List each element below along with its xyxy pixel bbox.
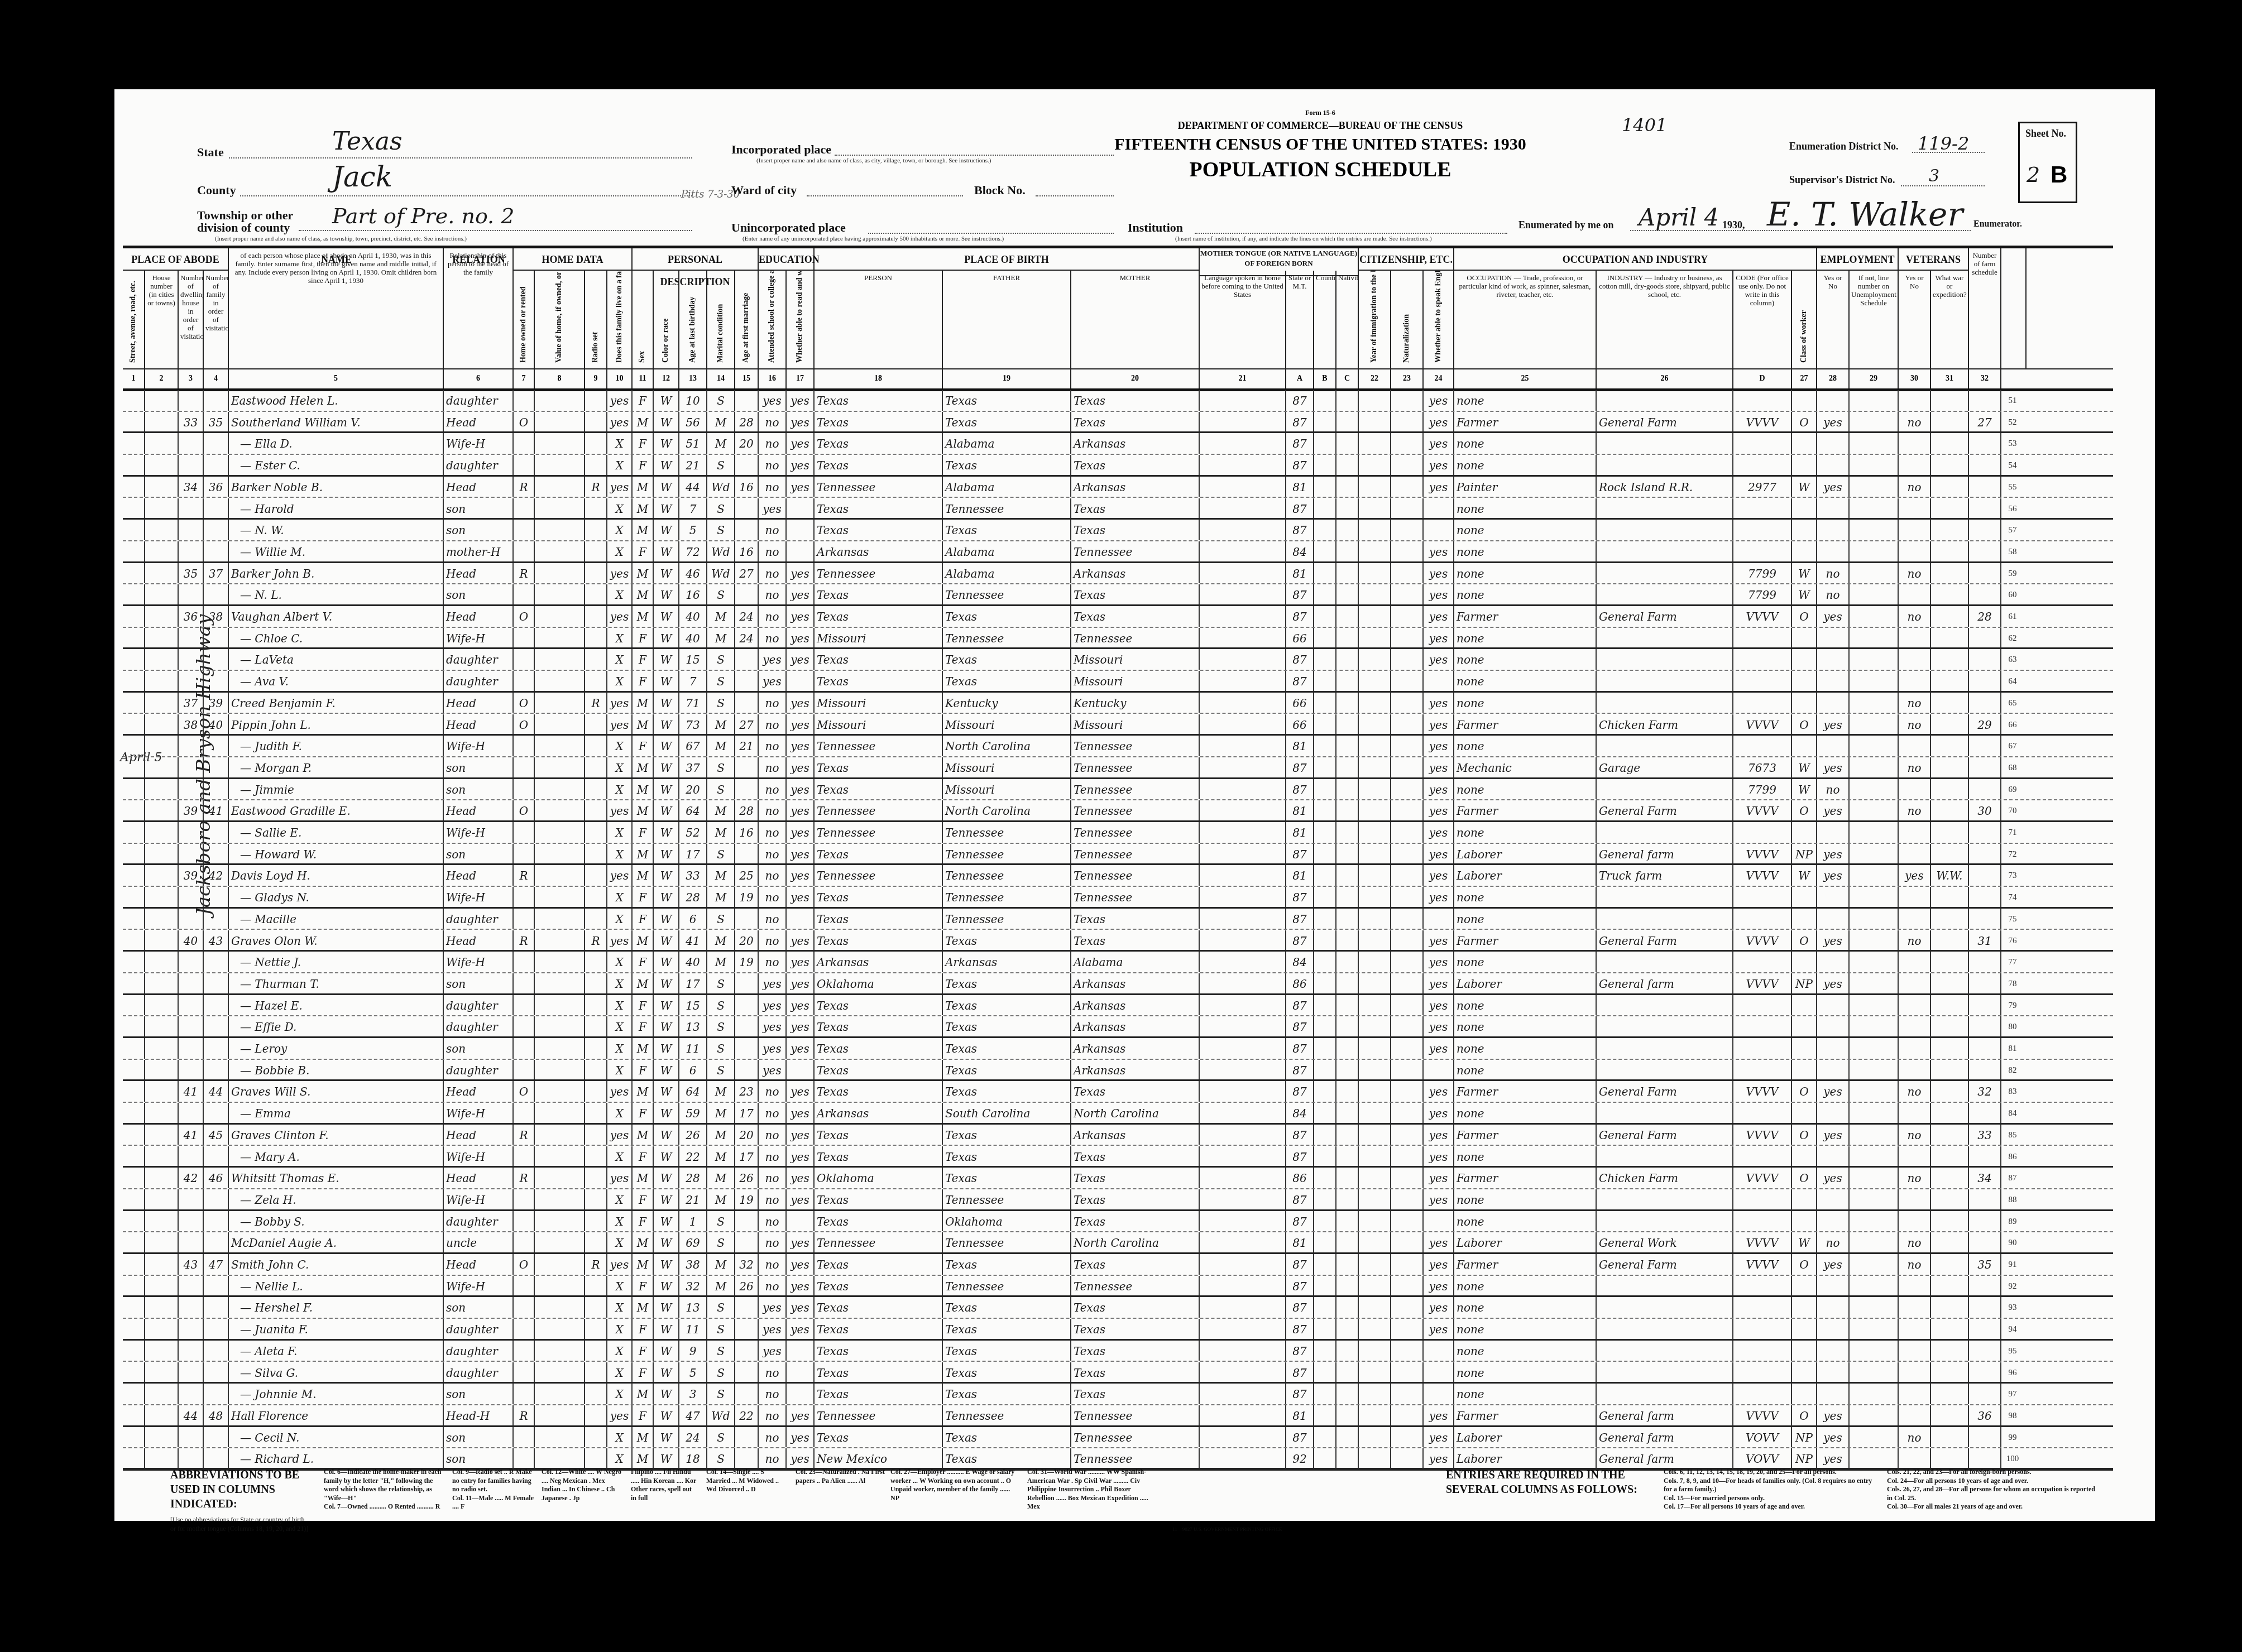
- cell-farm: X: [607, 757, 633, 777]
- cell-empty: [1200, 1125, 1286, 1145]
- cell-age: 6: [679, 1060, 707, 1080]
- cell-empty: [1200, 995, 1286, 1016]
- cell-empty: [1850, 1384, 1899, 1404]
- cell-code-d: [1733, 1146, 1792, 1166]
- cell-empty: [1314, 1405, 1336, 1425]
- cell-dwelling: 41: [179, 1125, 204, 1145]
- cell-birth-father: North Carolina: [943, 800, 1071, 820]
- cell-family: 45: [204, 1125, 229, 1145]
- cell-farm-sched: 28: [1969, 606, 2001, 627]
- cell-radio: [585, 952, 607, 972]
- enumerated-date: April 4: [1639, 204, 1719, 231]
- column-number: 6: [444, 369, 514, 388]
- cell-school: no: [759, 865, 787, 886]
- cell-empty: [1391, 800, 1424, 820]
- cell-dwelling: [179, 1016, 204, 1036]
- census-title: FIFTEENTH CENSUS OF THE UNITED STATES: 1…: [1041, 135, 1599, 154]
- cell-school: yes: [759, 1297, 787, 1318]
- cell-tenure: [514, 1038, 535, 1059]
- cell-empty: [123, 865, 145, 886]
- cell-school: no: [759, 822, 787, 843]
- cell-farm-sched: [1969, 757, 2001, 777]
- cell-empty: [123, 736, 145, 756]
- cell-age-marr: [735, 1427, 759, 1448]
- cell-empty: [1359, 1448, 1391, 1468]
- cell-dwelling: [179, 973, 204, 993]
- cell-code-d: [1733, 1384, 1792, 1404]
- cell-vet: yes: [1899, 865, 1931, 886]
- cell-empty: [1391, 693, 1424, 713]
- table-row: — Ella D.Wife-HXFW51M20noyesTexasAlabama…: [123, 433, 2113, 455]
- cell-at-work: yes: [1817, 800, 1850, 820]
- cell-farm: X: [607, 1362, 633, 1382]
- column-header-c23: Naturalization: [1391, 271, 1424, 368]
- column-number: 30: [1899, 369, 1931, 388]
- column-header-text: Does this family live on a farm?: [615, 271, 624, 363]
- cell-relation: Head: [444, 930, 514, 950]
- cell-empty: [123, 1125, 145, 1145]
- cell-birth-person: Oklahoma: [815, 1168, 943, 1188]
- table-row: — N. W.sonXMW5SnoTexasTexasTexas87none57: [123, 520, 2113, 541]
- column-number: 1: [123, 369, 145, 388]
- cell-empty: [1850, 1362, 1899, 1382]
- cell-industry: Rock Island R.R.: [1597, 477, 1733, 497]
- cell-vet: [1899, 1384, 1931, 1404]
- entries-1: Cols. 6, 11, 12, 13, 14, 15, 18, 19, 20,…: [1664, 1468, 1876, 1477]
- cell-sex: F: [633, 1319, 654, 1339]
- cell-age: 17: [679, 973, 707, 993]
- cell-empty: [1850, 909, 1899, 929]
- line-number: 67: [2001, 736, 2024, 756]
- cell-race: W: [654, 1168, 679, 1188]
- cell-tenure: R: [514, 1125, 535, 1145]
- table-row: — Bobby S.daughterXFW1SnoTexasOklahomaTe…: [123, 1211, 2113, 1233]
- cell-name: — Judith F.: [229, 736, 444, 756]
- cell-empty: [1314, 1038, 1336, 1059]
- cell-at-work: yes: [1817, 1427, 1850, 1448]
- cell-tenure: [514, 844, 535, 864]
- cell-empty: [1336, 1297, 1359, 1318]
- cell-name: Graves Will S.: [229, 1081, 444, 1102]
- cell-race: W: [654, 1362, 679, 1382]
- cell-empty: [535, 714, 585, 734]
- cell-tenure: R: [514, 477, 535, 497]
- cell-birth-father: Texas: [943, 606, 1071, 627]
- cell-empty: [145, 1448, 179, 1468]
- cell-industry: General farm: [1597, 973, 1733, 993]
- cell-family: 47: [204, 1254, 229, 1275]
- cell-school: no: [759, 563, 787, 584]
- cell-war: [1931, 1168, 1969, 1188]
- cell-occupation: Farmer: [1454, 800, 1597, 820]
- cell-marital: M: [707, 952, 735, 972]
- cell-empty: [1359, 1232, 1391, 1252]
- line-number: 99: [2001, 1427, 2024, 1448]
- enum-district-value: 119-2: [1918, 133, 1969, 154]
- cell-at-work: [1817, 520, 1850, 540]
- cell-family: 46: [204, 1168, 229, 1188]
- cell-age: 16: [679, 584, 707, 604]
- cell-english: yes: [1424, 800, 1454, 820]
- table-row: — Ester C.daughterXFW21SnoyesTexasTexasT…: [123, 455, 2113, 477]
- cell-empty: [1391, 995, 1424, 1016]
- cell-code-d: VVVV: [1733, 1125, 1792, 1145]
- cell-farm-sched: [1969, 455, 2001, 475]
- cell-school: no: [759, 736, 787, 756]
- column-header-c27: Class of worker: [1792, 271, 1817, 368]
- cell-birth-father: Texas: [943, 930, 1071, 950]
- cell-race: W: [654, 649, 679, 670]
- punch-hole: [2186, 522, 2214, 556]
- cell-school: yes: [759, 1319, 787, 1339]
- group-header-employment: EMPLOYMENT: [1817, 248, 1899, 271]
- cell-birth-father: Texas: [943, 1297, 1071, 1318]
- column-header-text: OCCUPATION — Trade, profession, or parti…: [1454, 271, 1596, 302]
- cell-age: 20: [679, 779, 707, 800]
- entries-4: Col. 17—For all persons 10 years of age …: [1664, 1502, 1876, 1511]
- line-number: 52: [2001, 412, 2024, 432]
- cell-empty: [1314, 1125, 1336, 1145]
- cell-empty: [123, 1038, 145, 1059]
- cell-empty: [1200, 822, 1286, 843]
- cell-name: — Gladys N.: [229, 887, 444, 907]
- cell-code-a: 87: [1286, 1384, 1314, 1404]
- incorporated-line: [835, 155, 1114, 156]
- cell-sex: M: [633, 563, 654, 584]
- cell-empty: [535, 584, 585, 604]
- state-line: [229, 157, 692, 159]
- line-number: 63: [2001, 649, 2024, 670]
- cell-english: yes: [1424, 1448, 1454, 1468]
- cell-relation: son: [444, 584, 514, 604]
- cell-empty: [123, 1405, 145, 1425]
- cell-age-marr: [735, 1038, 759, 1059]
- cell-empty: [1314, 1211, 1336, 1232]
- cell-birth-father: Texas: [943, 1448, 1071, 1468]
- cell-farm-sched: 30: [1969, 800, 2001, 820]
- cell-radio: R: [585, 477, 607, 497]
- cell-empty: [535, 909, 585, 929]
- table-row: — Aleta F.daughterXFW9SyesTexasTexasTexa…: [123, 1341, 2113, 1362]
- cell-vet: no: [1899, 1081, 1931, 1102]
- column-number: 8: [535, 369, 585, 388]
- cell-industry: [1597, 995, 1733, 1016]
- cell-age: 44: [679, 477, 707, 497]
- entries-6: Col. 24—For all persons 10 years of age …: [1887, 1477, 2099, 1486]
- cell-empty: [1336, 757, 1359, 777]
- column-numbers: 123456789101112131415161718192021ABC2223…: [123, 368, 2113, 391]
- cell-empty: [145, 973, 179, 993]
- cell-relation: Head: [444, 1081, 514, 1102]
- cell-empty: [123, 390, 145, 411]
- cell-race: W: [654, 909, 679, 929]
- cell-radio: [585, 1384, 607, 1404]
- cell-school: no: [759, 909, 787, 929]
- cell-school: no: [759, 1125, 787, 1145]
- cell-empty: [535, 930, 585, 950]
- cell-vet: [1899, 1297, 1931, 1318]
- cell-industry: [1597, 1297, 1733, 1318]
- cell-occupation: none: [1454, 952, 1597, 972]
- cell-school: yes: [759, 995, 787, 1016]
- cell-empty: [1314, 973, 1336, 993]
- column-header-text: Yes or No: [1817, 271, 1848, 294]
- line-number: 80: [2001, 1016, 2024, 1036]
- cell-race: W: [654, 1319, 679, 1339]
- legend-col27-text: Col. 27—Employer .......... E Wage or sa…: [890, 1468, 1019, 1502]
- cell-empty: [123, 455, 145, 475]
- cell-name: — Ester C.: [229, 455, 444, 475]
- column-header-cA: State or M.T.: [1286, 271, 1314, 368]
- cell-marital: S: [707, 1427, 735, 1448]
- cell-birth-father: Texas: [943, 671, 1071, 691]
- cell-dwelling: [179, 822, 204, 843]
- cell-empty: [1391, 1405, 1424, 1425]
- cell-birth-person: Texas: [815, 584, 943, 604]
- cell-empty: [1336, 1276, 1359, 1296]
- cell-vet: [1899, 498, 1931, 518]
- cell-sex: F: [633, 1405, 654, 1425]
- cell-birth-person: Tennessee: [815, 563, 943, 584]
- cell-birth-father: Alabama: [943, 477, 1071, 497]
- cell-english: yes: [1424, 584, 1454, 604]
- cell-at-work: yes: [1817, 477, 1850, 497]
- cell-empty: [1200, 1405, 1286, 1425]
- column-number: 31: [1931, 369, 1969, 388]
- legend-col23: Col. 23—Naturalized . Na First papers ..…: [796, 1468, 885, 1485]
- cell-code-d: [1733, 822, 1792, 843]
- cell-empty: [145, 1125, 179, 1145]
- cell-age-marr: 19: [735, 887, 759, 907]
- cell-at-work: [1817, 1016, 1850, 1036]
- form-number: Form 15-6: [1041, 109, 1599, 117]
- cell-dwelling: 34: [179, 477, 204, 497]
- cell-empty: [535, 1081, 585, 1102]
- cell-empty: [1359, 1362, 1391, 1382]
- cell-occupation: none: [1454, 1189, 1597, 1209]
- cell-empty: [1359, 541, 1391, 561]
- cell-farm: yes: [607, 563, 633, 584]
- table-row: — Silva G.daughterXFW5SnoTexasTexasTexas…: [123, 1362, 2113, 1384]
- cell-farm-sched: [1969, 584, 2001, 604]
- cell-code-a: 87: [1286, 1038, 1314, 1059]
- cell-at-work: yes: [1817, 1448, 1850, 1468]
- cell-dwelling: [179, 671, 204, 691]
- cell-family: 41: [204, 800, 229, 820]
- cell-relation: Head: [444, 606, 514, 627]
- cell-code-a: 87: [1286, 390, 1314, 411]
- cell-race: W: [654, 844, 679, 864]
- cell-name: — Leroy: [229, 1038, 444, 1059]
- cell-occupation: none: [1454, 995, 1597, 1016]
- cell-industry: General Farm: [1597, 1081, 1733, 1102]
- cell-read: yes: [787, 844, 815, 864]
- cell-read: yes: [787, 1254, 815, 1275]
- cell-radio: [585, 1297, 607, 1318]
- cell-empty: [1359, 628, 1391, 648]
- table-row: — EmmaWife-HXFW59M17noyesArkansasSouth C…: [123, 1103, 2113, 1125]
- cell-relation: Wife-H: [444, 1146, 514, 1166]
- column-number: 15: [735, 369, 759, 388]
- cell-birth-mother: Texas: [1071, 1384, 1200, 1404]
- cell-race: W: [654, 628, 679, 648]
- cell-empty: [535, 606, 585, 627]
- cell-family: [204, 390, 229, 411]
- cell-age-marr: [735, 1341, 759, 1361]
- cell-industry: [1597, 390, 1733, 411]
- cell-class: [1792, 390, 1817, 411]
- cell-age: 56: [679, 412, 707, 432]
- cell-empty: [1336, 1232, 1359, 1252]
- cell-empty: [1850, 1232, 1899, 1252]
- cell-empty: [1336, 606, 1359, 627]
- cell-empty: [1314, 693, 1336, 713]
- cell-birth-father: Texas: [943, 1146, 1071, 1166]
- cell-empty: [1391, 1103, 1424, 1123]
- cell-occupation: Laborer: [1454, 865, 1597, 886]
- cell-read: yes: [787, 800, 815, 820]
- cell-school: no: [759, 1232, 787, 1252]
- cell-empty: [1359, 1168, 1391, 1188]
- cell-empty: [1314, 1276, 1336, 1296]
- cell-age: 21: [679, 455, 707, 475]
- cell-at-work: [1817, 887, 1850, 907]
- cell-relation: daughter: [444, 1341, 514, 1361]
- cell-empty: [535, 1319, 585, 1339]
- cell-code-d: VVVV: [1733, 1168, 1792, 1188]
- entries-7: Cols. 26, 27, and 28—For all persons for…: [1887, 1485, 2099, 1502]
- cell-marital: M: [707, 887, 735, 907]
- line-number: 87: [2001, 1168, 2024, 1188]
- cell-birth-mother: Tennessee: [1071, 844, 1200, 864]
- cell-farm-sched: [1969, 736, 2001, 756]
- cell-dwelling: [179, 995, 204, 1016]
- cell-empty: [1850, 952, 1899, 972]
- cell-radio: [585, 1319, 607, 1339]
- cell-tenure: [514, 1232, 535, 1252]
- entries-3: Col. 15—For married persons only.: [1664, 1494, 1876, 1503]
- cell-name: — Chloe C.: [229, 628, 444, 648]
- cell-sex: F: [633, 433, 654, 454]
- cell-sex: F: [633, 1189, 654, 1209]
- cell-sex: F: [633, 736, 654, 756]
- cell-code-d: VVVV: [1733, 412, 1792, 432]
- cell-war: [1931, 520, 1969, 540]
- cell-radio: [585, 390, 607, 411]
- cell-war: [1931, 952, 1969, 972]
- cell-birth-person: Texas: [815, 412, 943, 432]
- cell-age-marr: 25: [735, 865, 759, 886]
- cell-school: no: [759, 757, 787, 777]
- cell-english: yes: [1424, 1319, 1454, 1339]
- cell-empty: [1850, 779, 1899, 800]
- cell-radio: [585, 412, 607, 432]
- cell-empty: [535, 865, 585, 886]
- cell-code-d: VVVV: [1733, 930, 1792, 950]
- cell-empty: [123, 887, 145, 907]
- legend-col31-text: Col. 31—World War .......... WW Spanish-…: [1027, 1468, 1156, 1511]
- cell-sex: M: [633, 757, 654, 777]
- cell-class: O: [1792, 1168, 1817, 1188]
- cell-marital: M: [707, 1103, 735, 1123]
- table-row: 4448Hall FlorenceHead-HRyesFW47Wd22noyes…: [123, 1405, 2113, 1427]
- cell-war: [1931, 606, 1969, 627]
- cell-farm: X: [607, 1189, 633, 1209]
- cell-war: [1931, 1038, 1969, 1059]
- cell-name: — Hazel E.: [229, 995, 444, 1016]
- cell-code-a: 87: [1286, 844, 1314, 864]
- sheet-label: Sheet No.: [2025, 128, 2066, 140]
- cell-race: W: [654, 1146, 679, 1166]
- cell-empty: [535, 693, 585, 713]
- cell-birth-father: Kentucky: [943, 693, 1071, 713]
- cell-empty: [123, 563, 145, 584]
- cell-industry: [1597, 909, 1733, 929]
- cell-birth-mother: Tennessee: [1071, 800, 1200, 820]
- cell-farm: yes: [607, 390, 633, 411]
- cell-empty: [1391, 952, 1424, 972]
- cell-empty: [1314, 757, 1336, 777]
- cell-empty: [1391, 844, 1424, 864]
- cell-empty: [123, 1319, 145, 1339]
- cell-marital: S: [707, 757, 735, 777]
- abbrev-title: ABBREVIATIONS TO BE USED IN COLUMNS INDI…: [170, 1468, 310, 1511]
- cell-occupation: none: [1454, 1038, 1597, 1059]
- cell-code-d: [1733, 390, 1792, 411]
- cell-english: [1424, 1211, 1454, 1232]
- table-row: — Howard W.sonXMW17SnoyesTexasTennesseeT…: [123, 844, 2113, 866]
- cell-empty: [1391, 1211, 1424, 1232]
- cell-english: yes: [1424, 1103, 1454, 1123]
- cell-code-a: 81: [1286, 865, 1314, 886]
- county-label: County: [197, 183, 236, 198]
- cell-school: no: [759, 455, 787, 475]
- cell-race: W: [654, 952, 679, 972]
- cell-dwelling: [179, 520, 204, 540]
- cell-industry: [1597, 779, 1733, 800]
- cell-class: [1792, 693, 1817, 713]
- cell-race: W: [654, 693, 679, 713]
- cell-code-d: [1733, 1297, 1792, 1318]
- cell-race: W: [654, 714, 679, 734]
- table-row: 3942Davis Loyd H.HeadRyesMW33M25noyesTen…: [123, 865, 2113, 887]
- cell-name: — Silva G.: [229, 1362, 444, 1382]
- cell-empty: [1314, 909, 1336, 929]
- cell-read: yes: [787, 477, 815, 497]
- cell-class: [1792, 822, 1817, 843]
- cell-birth-father: Missouri: [943, 714, 1071, 734]
- cell-empty: [123, 1146, 145, 1166]
- column-number: 18: [815, 369, 943, 388]
- cell-empty: [123, 1254, 145, 1275]
- cell-sex: M: [633, 714, 654, 734]
- cell-empty: [145, 1168, 179, 1188]
- cell-empty: [1391, 1341, 1424, 1361]
- cell-empty: [145, 822, 179, 843]
- cell-school: no: [759, 779, 787, 800]
- cell-sex: F: [633, 952, 654, 972]
- column-header-text: Whether able to read and write: [796, 271, 804, 363]
- column-header-text: Sex: [638, 351, 647, 363]
- cell-empty: [123, 1297, 145, 1318]
- cell-read: yes: [787, 412, 815, 432]
- line-number: 84: [2001, 1103, 2024, 1123]
- cell-read: yes: [787, 1276, 815, 1296]
- cell-sex: F: [633, 1146, 654, 1166]
- cell-empty: [1314, 714, 1336, 734]
- cell-farm-sched: 34: [1969, 1168, 2001, 1188]
- cell-empty: [1200, 628, 1286, 648]
